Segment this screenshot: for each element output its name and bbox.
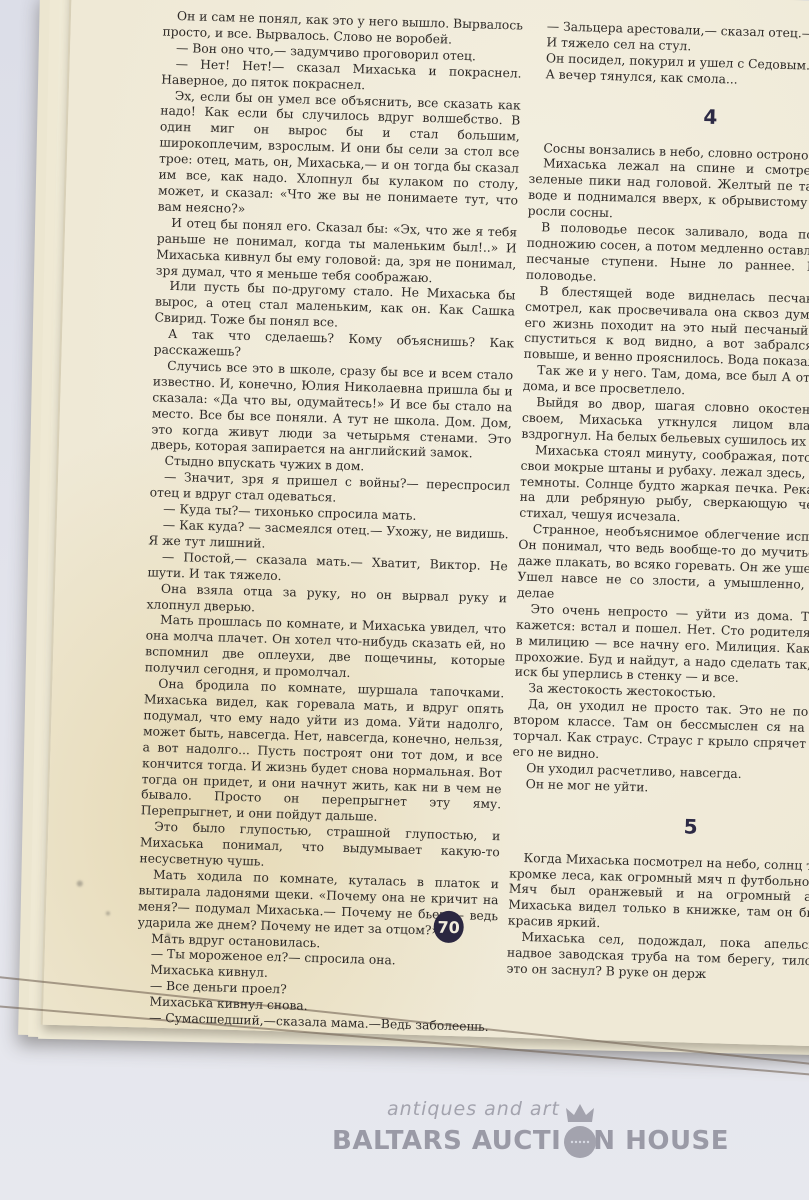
paragraph: Когда Михаська посмотрел на небо, солнц … <box>508 850 809 940</box>
paragraph: Случись все это в школе, сразу бы все и … <box>151 358 514 463</box>
paragraph: И отец бы понял его. Сказал бы: «Эх, что… <box>156 215 518 289</box>
magazine-page: Он и сам не понял, как это у него вышло.… <box>43 0 809 1047</box>
text-column-right: — Зальцера арестовали,— сказал отец.— И … <box>506 19 809 988</box>
mold-spot <box>106 911 110 915</box>
paragraph: Михаська стоял минуту, соображая, пото с… <box>519 442 809 532</box>
watermark-name: BALTARS AUCTIN HOUSE <box>332 1126 729 1156</box>
paragraph: Странное, необъяснимое облегчение испыт … <box>517 522 809 612</box>
paragraph: Мать прошлась по комнате, и Михаська уви… <box>145 613 507 687</box>
text-column-left: Он и сам не понял, как это у него вышло.… <box>135 9 523 1037</box>
paragraph: Это очень непросто — уйти из дома. Тол в… <box>515 601 809 691</box>
right-column-top-text: — Зальцера арестовали,— сказал отец.— И … <box>531 19 809 93</box>
photo-scene: Он и сам не понял, как это у него вышло.… <box>0 0 809 1200</box>
watermark-tagline: antiques and art <box>387 1098 560 1120</box>
watermark-name-part2: N HOUSE <box>593 1126 729 1156</box>
chapter-5-text: Когда Михаська посмотрел на небо, солнц … <box>506 850 809 987</box>
watermark-name-part1: BALTARS AUCTI <box>332 1126 561 1156</box>
paragraph: Да, он уходил не просто так. Это не по п… <box>512 697 809 771</box>
paragraph: В блестящей воде виднелась песчаная хась… <box>523 283 809 373</box>
chapter-5-heading: 5 <box>510 814 809 840</box>
chapter-4-heading: 4 <box>530 104 809 130</box>
paragraph: Михаська лежал на спине и смотрел, как э… <box>527 156 809 230</box>
chapter-4-text: Сосны вонзались в небо, словно остроносМ… <box>511 140 809 802</box>
mold-spot <box>77 880 83 886</box>
watermark: antiques and art BALTARS AUCTIN HOUSE <box>332 1098 752 1178</box>
paragraph: В половодье песок заливало, вода подход … <box>526 220 809 294</box>
paragraph: Эх, если бы он умел все объяснить, все с… <box>157 88 520 225</box>
paragraph: Михаська сел, подождал, пока апельсин за… <box>506 930 809 988</box>
crown-orb-icon <box>562 1102 598 1160</box>
paragraph: Она бродила по комнате, шуршала тапочкам… <box>141 676 505 829</box>
